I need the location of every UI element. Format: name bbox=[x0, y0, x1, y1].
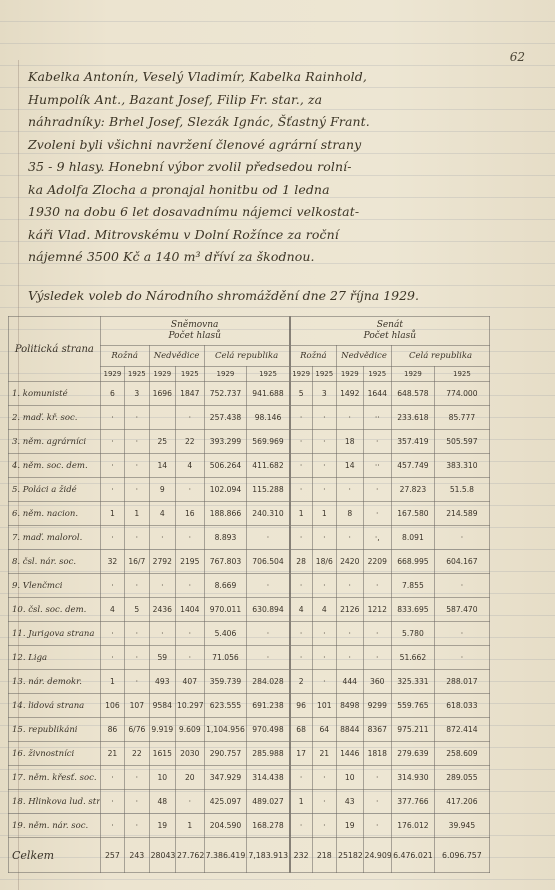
senat-value: 1 bbox=[312, 502, 336, 526]
snemovna-value: 314.438 bbox=[247, 766, 290, 790]
senat-value: · bbox=[290, 454, 312, 478]
senat-value: · bbox=[290, 406, 312, 430]
snemovna-value: 16/7 bbox=[125, 550, 149, 574]
senat-value: 872.414 bbox=[434, 718, 489, 742]
party-name: 6. něm. nacion. bbox=[9, 502, 101, 526]
senat-value: · bbox=[363, 766, 392, 790]
snemovna-value: 2030 bbox=[176, 742, 205, 766]
snemovna-value: 407 bbox=[176, 670, 205, 694]
senat-value: 51.662 bbox=[392, 646, 435, 670]
table-row: 3. něm. agrárníci··2522393.299569.969··1… bbox=[9, 430, 490, 454]
prose-line: 35 - 9 hlasy. Honební výbor zvolil předs… bbox=[28, 156, 478, 179]
senat-value: · bbox=[312, 478, 336, 502]
senat-value: · bbox=[290, 766, 312, 790]
snemovna-value: · bbox=[247, 574, 290, 598]
senat-value: · bbox=[434, 646, 489, 670]
snemovna-value: · bbox=[125, 574, 149, 598]
snemovna-value: 27.762 bbox=[176, 838, 205, 873]
table-row: 5. Poláci a židé··9·102.094115.288····27… bbox=[9, 478, 490, 502]
snemovna-value: 2436 bbox=[149, 598, 175, 622]
senat-value: · bbox=[337, 574, 363, 598]
group-header-senat: Senát Počet hlasů bbox=[290, 317, 490, 346]
snemovna-value: 1,104.956 bbox=[204, 718, 247, 742]
senat-value: · bbox=[363, 430, 392, 454]
senat-value: 14 bbox=[337, 454, 363, 478]
table-row: 18. Hlinkova lud. str.··48·425.097489.02… bbox=[9, 790, 490, 814]
party-name: 18. Hlinkova lud. str. bbox=[9, 790, 101, 814]
snemovna-value: 5 bbox=[125, 598, 149, 622]
senat-value: 6.476.021 bbox=[392, 838, 435, 873]
year-cell: 1929 bbox=[149, 367, 175, 382]
snemovna-value: 2792 bbox=[149, 550, 175, 574]
senat-value: 19 bbox=[337, 814, 363, 838]
snemovna-value: · bbox=[176, 622, 205, 646]
senat-value: · bbox=[312, 790, 336, 814]
prose-line: 1930 na dobu 6 let dosavadnímu nájemci v… bbox=[28, 201, 478, 224]
senat-value: 325.331 bbox=[392, 670, 435, 694]
snemovna-value: · bbox=[247, 646, 290, 670]
senat-value: 2209 bbox=[363, 550, 392, 574]
snemovna-value: 347.929 bbox=[204, 766, 247, 790]
senat-value: 505.597 bbox=[434, 430, 489, 454]
snemovna-value: 188.866 bbox=[204, 502, 247, 526]
party-name: 5. Poláci a židé bbox=[9, 478, 101, 502]
prose-line: Zvoleni byli všichni navržení členové ag… bbox=[28, 134, 478, 157]
table-row: 6. něm. nacion.11416188.866240.310118·16… bbox=[9, 502, 490, 526]
snemovna-value: 1615 bbox=[149, 742, 175, 766]
table-row: 8. čsl. nár. soc.3216/727922195767.80370… bbox=[9, 550, 490, 574]
party-name: 10. čsl. soc. dem. bbox=[9, 598, 101, 622]
snemovna-value: 22 bbox=[176, 430, 205, 454]
senat-value: 774.000 bbox=[434, 382, 489, 406]
senat-value: 96 bbox=[290, 694, 312, 718]
senat-value: 360 bbox=[363, 670, 392, 694]
snemovna-value: 204.590 bbox=[204, 814, 247, 838]
senat-value: 64 bbox=[312, 718, 336, 742]
senat-value: ·· bbox=[363, 454, 392, 478]
senat-value: · bbox=[363, 502, 392, 526]
snemovna-value: 106 bbox=[100, 694, 124, 718]
senat-value: · bbox=[337, 646, 363, 670]
snemovna-value: · bbox=[247, 526, 290, 550]
snemovna-value: 8.893 bbox=[204, 526, 247, 550]
election-results-table: Politická strana Sněmovna Počet hlasů Se… bbox=[8, 316, 490, 873]
party-name: 14. lidová strana bbox=[9, 694, 101, 718]
table-row: 7. maď. malorol.····8.893·····,8.091· bbox=[9, 526, 490, 550]
snemovna-value: 1404 bbox=[176, 598, 205, 622]
snemovna-value: 1696 bbox=[149, 382, 175, 406]
senat-value: · bbox=[290, 478, 312, 502]
senat-value: · bbox=[363, 646, 392, 670]
senat-value: · bbox=[434, 574, 489, 598]
prose-line: náhradníky: Brhel Josef, Slezák Ignác, Š… bbox=[28, 111, 478, 134]
party-name: 11. Jurigova strana bbox=[9, 622, 101, 646]
table-row: 1. komunisté6316961847752.737941.6885314… bbox=[9, 382, 490, 406]
party-name: 4. něm. soc. dem. bbox=[9, 454, 101, 478]
senat-value: 51.5.8 bbox=[434, 478, 489, 502]
senat-value: 8 bbox=[337, 502, 363, 526]
snemovna-value: · bbox=[125, 406, 149, 430]
senat-value: 10 bbox=[337, 766, 363, 790]
snemovna-value: 285.988 bbox=[247, 742, 290, 766]
senat-value: 233.618 bbox=[392, 406, 435, 430]
snemovna-value: · bbox=[100, 478, 124, 502]
table-body: 1. komunisté6316961847752.737941.6885314… bbox=[9, 382, 490, 873]
senat-value: 28 bbox=[290, 550, 312, 574]
senat-value: 8.091 bbox=[392, 526, 435, 550]
snemovna-value: 4 bbox=[149, 502, 175, 526]
snemovna-value: · bbox=[176, 478, 205, 502]
year-cell: 1925 bbox=[434, 367, 489, 382]
snemovna-value: 98.146 bbox=[247, 406, 290, 430]
senat-value: 444 bbox=[337, 670, 363, 694]
senat-value: 357.419 bbox=[392, 430, 435, 454]
senat-value: 604.167 bbox=[434, 550, 489, 574]
total-row: Celkem2572432804327.7627.386.4197,183.91… bbox=[9, 838, 490, 873]
senat-value: 314.930 bbox=[392, 766, 435, 790]
snemovna-value: 623.555 bbox=[204, 694, 247, 718]
senat-value: 289.055 bbox=[434, 766, 489, 790]
snemovna-value: · bbox=[100, 814, 124, 838]
senat-value: 1818 bbox=[363, 742, 392, 766]
senat-value: · bbox=[312, 814, 336, 838]
snemovna-value: 115.288 bbox=[247, 478, 290, 502]
snemovna-value: · bbox=[125, 814, 149, 838]
senat-value: 559.765 bbox=[392, 694, 435, 718]
snemovna-value: 48 bbox=[149, 790, 175, 814]
senat-value: 288.017 bbox=[434, 670, 489, 694]
snemovna-value: 16 bbox=[176, 502, 205, 526]
snemovna-value: 243 bbox=[125, 838, 149, 873]
year-cell: 1925 bbox=[176, 367, 205, 382]
snemovna-value: · bbox=[100, 790, 124, 814]
senat-value: · bbox=[337, 406, 363, 430]
snemovna-value: · bbox=[247, 622, 290, 646]
table-row: 9. Vlenčmci····8.669·····7.855· bbox=[9, 574, 490, 598]
table-row: 12. Liga··59·71.056·····51.662· bbox=[9, 646, 490, 670]
senat-value: · bbox=[337, 478, 363, 502]
snemovna-value: · bbox=[125, 670, 149, 694]
prose-line: ka Adolfa Zlocha a pronajal honitbu od 1… bbox=[28, 179, 478, 202]
snemovna-value: · bbox=[125, 766, 149, 790]
senat-value: · bbox=[363, 814, 392, 838]
snemovna-value: 970.498 bbox=[247, 718, 290, 742]
senat-value: 457.749 bbox=[392, 454, 435, 478]
snemovna-value: · bbox=[100, 766, 124, 790]
table-row: 17. něm. křesť. soc.··1020347.929314.438… bbox=[9, 766, 490, 790]
snemovna-value: 21 bbox=[100, 742, 124, 766]
table-row: 11. Jurigova strana····5.406·····5.780· bbox=[9, 622, 490, 646]
party-name: 9. Vlenčmci bbox=[9, 574, 101, 598]
senat-value: · bbox=[363, 478, 392, 502]
snemovna-value: 25 bbox=[149, 430, 175, 454]
senat-value: 5 bbox=[290, 382, 312, 406]
snemovna-value: 257 bbox=[100, 838, 124, 873]
senat-value: 7.855 bbox=[392, 574, 435, 598]
snemovna-value: · bbox=[100, 646, 124, 670]
prose-line: káři Vlad. Mitrovskému v Dolní Rožínce z… bbox=[28, 224, 478, 247]
table-row: 10. čsl. soc. dem.4524361404970.011630.8… bbox=[9, 598, 490, 622]
group-name: Sněmovna bbox=[102, 320, 288, 331]
snemovna-value: 32 bbox=[100, 550, 124, 574]
senat-value: · bbox=[290, 574, 312, 598]
senat-value: 1 bbox=[290, 502, 312, 526]
senat-value: · bbox=[363, 622, 392, 646]
group-name: Senát bbox=[292, 320, 488, 331]
senat-value: · bbox=[290, 622, 312, 646]
snemovna-value: · bbox=[125, 478, 149, 502]
senat-value: 101 bbox=[312, 694, 336, 718]
snemovna-value: 691.238 bbox=[247, 694, 290, 718]
snemovna-value: 102.094 bbox=[204, 478, 247, 502]
senat-value: 9299 bbox=[363, 694, 392, 718]
snemovna-value: · bbox=[125, 526, 149, 550]
senat-value: 279.639 bbox=[392, 742, 435, 766]
snemovna-value: 284.028 bbox=[247, 670, 290, 694]
senat-value: · bbox=[363, 574, 392, 598]
year-cell: 1929 bbox=[392, 367, 435, 382]
snemovna-value: 767.803 bbox=[204, 550, 247, 574]
senat-value: · bbox=[290, 646, 312, 670]
snemovna-value: 240.310 bbox=[247, 502, 290, 526]
snemovna-value: 19 bbox=[149, 814, 175, 838]
snemovna-value: 7.386.419 bbox=[204, 838, 247, 873]
senat-value: 214.589 bbox=[434, 502, 489, 526]
senat-value: · bbox=[434, 622, 489, 646]
senat-value: · bbox=[312, 526, 336, 550]
snemovna-value: 493 bbox=[149, 670, 175, 694]
year-cell: 1929 bbox=[290, 367, 312, 382]
senat-value: 5.780 bbox=[392, 622, 435, 646]
snemovna-value: 970.011 bbox=[204, 598, 247, 622]
senat-value: · bbox=[312, 646, 336, 670]
party-name: 16. živnostníci bbox=[9, 742, 101, 766]
senat-value: 39.945 bbox=[434, 814, 489, 838]
snemovna-value: 257.438 bbox=[204, 406, 247, 430]
prose-block: Kabelka Antonín, Veselý Vladimír, Kabelk… bbox=[28, 66, 478, 269]
table-heading: Výsledek voleb do Národního shromáždění … bbox=[28, 288, 419, 303]
year-cell: 1925 bbox=[363, 367, 392, 382]
snemovna-value: · bbox=[149, 622, 175, 646]
snemovna-value: 1847 bbox=[176, 382, 205, 406]
senat-value: 85.777 bbox=[434, 406, 489, 430]
table-row: 16. živnostníci212216152030290.757285.98… bbox=[9, 742, 490, 766]
senat-value: ·, bbox=[363, 526, 392, 550]
snemovna-value: 290.757 bbox=[204, 742, 247, 766]
snemovna-value: 9.919 bbox=[149, 718, 175, 742]
party-name: 2. maď. kř. soc. bbox=[9, 406, 101, 430]
snemovna-value: 10 bbox=[149, 766, 175, 790]
snemovna-value: 28043 bbox=[149, 838, 175, 873]
senat-value: 1212 bbox=[363, 598, 392, 622]
party-name: 13. nár. demokr. bbox=[9, 670, 101, 694]
snemovna-value: 9 bbox=[149, 478, 175, 502]
group-subtitle: Počet hlasů bbox=[102, 331, 288, 342]
snemovna-value: 4 bbox=[100, 598, 124, 622]
senat-value: 1 bbox=[290, 790, 312, 814]
party-column-header: Politická strana bbox=[9, 317, 101, 382]
snemovna-value: 752.737 bbox=[204, 382, 247, 406]
snemovna-value: 107 bbox=[125, 694, 149, 718]
senat-value: 383.310 bbox=[434, 454, 489, 478]
senat-value: · bbox=[312, 454, 336, 478]
subcol-rozna: Rožná bbox=[290, 346, 337, 367]
table-row: 15. republikáni866/769.9199.6091,104.956… bbox=[9, 718, 490, 742]
group-header-snemovna: Sněmovna Počet hlasů bbox=[100, 317, 289, 346]
snemovna-value: 941.688 bbox=[247, 382, 290, 406]
senat-value: 2420 bbox=[337, 550, 363, 574]
snemovna-value: 3 bbox=[125, 382, 149, 406]
senat-value: · bbox=[312, 622, 336, 646]
snemovna-value: · bbox=[149, 526, 175, 550]
senat-value: · bbox=[434, 526, 489, 550]
senat-value: 1644 bbox=[363, 382, 392, 406]
snemovna-value: 506.264 bbox=[204, 454, 247, 478]
senat-value: 2126 bbox=[337, 598, 363, 622]
snemovna-value: · bbox=[176, 646, 205, 670]
snemovna-value: 706.504 bbox=[247, 550, 290, 574]
subcol-rozna: Rožná bbox=[100, 346, 149, 367]
table-row: 2. maď. kř. soc.···257.43898.146·····233… bbox=[9, 406, 490, 430]
senat-value: 8367 bbox=[363, 718, 392, 742]
prose-line: nájemné 3500 Kč a 140 m³ dříví za škodno… bbox=[28, 246, 478, 269]
subcol-nedvedice: Nedvědice bbox=[149, 346, 204, 367]
snemovna-value: 630.894 bbox=[247, 598, 290, 622]
snemovna-value: 6 bbox=[100, 382, 124, 406]
senat-value: 232 bbox=[290, 838, 312, 873]
senat-value: 18/6 bbox=[312, 550, 336, 574]
snemovna-value: · bbox=[176, 526, 205, 550]
year-cell: 1929 bbox=[100, 367, 124, 382]
senat-value: · bbox=[312, 430, 336, 454]
senat-value: · bbox=[337, 526, 363, 550]
party-name: 12. Liga bbox=[9, 646, 101, 670]
snemovna-value: 4 bbox=[176, 454, 205, 478]
senat-value: 167.580 bbox=[392, 502, 435, 526]
snemovna-value: 1 bbox=[100, 502, 124, 526]
snemovna-value: · bbox=[125, 790, 149, 814]
prose-line: Kabelka Antonín, Veselý Vladimír, Kabelk… bbox=[28, 66, 478, 89]
snemovna-value: 59 bbox=[149, 646, 175, 670]
year-cell: 1929 bbox=[337, 367, 363, 382]
senat-value: 8498 bbox=[337, 694, 363, 718]
party-name: Celkem bbox=[9, 838, 101, 873]
senat-value: · bbox=[290, 526, 312, 550]
senat-value: 176.012 bbox=[392, 814, 435, 838]
group-subtitle: Počet hlasů bbox=[292, 331, 488, 342]
snemovna-value: 86 bbox=[100, 718, 124, 742]
snemovna-value: 569.969 bbox=[247, 430, 290, 454]
senat-value: 21 bbox=[312, 742, 336, 766]
snemovna-value: · bbox=[125, 454, 149, 478]
senat-value: 18 bbox=[337, 430, 363, 454]
snemovna-value: · bbox=[100, 574, 124, 598]
snemovna-value bbox=[149, 406, 175, 430]
snemovna-value: 411.682 bbox=[247, 454, 290, 478]
snemovna-value: 2195 bbox=[176, 550, 205, 574]
senat-value: 1492 bbox=[337, 382, 363, 406]
senat-value: 43 bbox=[337, 790, 363, 814]
senat-value: · bbox=[363, 790, 392, 814]
senat-value: 377.766 bbox=[392, 790, 435, 814]
snemovna-value: 1 bbox=[100, 670, 124, 694]
snemovna-value: 10.297 bbox=[176, 694, 205, 718]
snemovna-value: 71.056 bbox=[204, 646, 247, 670]
snemovna-value: · bbox=[100, 406, 124, 430]
snemovna-value: 1 bbox=[125, 502, 149, 526]
snemovna-value: 14 bbox=[149, 454, 175, 478]
prose-line: Humpolík Ant., Bazant Josef, Filip Fr. s… bbox=[28, 89, 478, 112]
senat-value: 417.206 bbox=[434, 790, 489, 814]
senat-value: · bbox=[312, 574, 336, 598]
snemovna-value: 7,183.913 bbox=[247, 838, 290, 873]
senat-value: 258.609 bbox=[434, 742, 489, 766]
table-row: 14. lidová strana106107958410.297623.555… bbox=[9, 694, 490, 718]
senat-value: 833.695 bbox=[392, 598, 435, 622]
senat-value: · bbox=[312, 406, 336, 430]
snemovna-value: 8.669 bbox=[204, 574, 247, 598]
snemovna-value: 22 bbox=[125, 742, 149, 766]
senat-value: 6.096.757 bbox=[434, 838, 489, 873]
snemovna-value: 359.739 bbox=[204, 670, 247, 694]
year-cell: 1925 bbox=[125, 367, 149, 382]
subcol-nedvedice: Nedvědice bbox=[337, 346, 392, 367]
snemovna-value: 1 bbox=[176, 814, 205, 838]
senat-value: 2 bbox=[290, 670, 312, 694]
year-cell: 1925 bbox=[312, 367, 336, 382]
snemovna-value: · bbox=[149, 574, 175, 598]
senat-value: 24.909 bbox=[363, 838, 392, 873]
year-cell: 1929 bbox=[204, 367, 247, 382]
snemovna-value: · bbox=[176, 574, 205, 598]
senat-value: 618.033 bbox=[434, 694, 489, 718]
snemovna-value: · bbox=[100, 622, 124, 646]
snemovna-value: 9584 bbox=[149, 694, 175, 718]
subcol-republika: Celá republika bbox=[204, 346, 290, 367]
year-cell: 1925 bbox=[247, 367, 290, 382]
senat-value: 218 bbox=[312, 838, 336, 873]
snemovna-value: 393.299 bbox=[204, 430, 247, 454]
senat-value: · bbox=[312, 766, 336, 790]
snemovna-value: 6/76 bbox=[125, 718, 149, 742]
snemovna-value: · bbox=[100, 454, 124, 478]
senat-value: 587.470 bbox=[434, 598, 489, 622]
party-name: 17. něm. křesť. soc. bbox=[9, 766, 101, 790]
table-row: 19. něm. nár. soc.··191204.590168.278··1… bbox=[9, 814, 490, 838]
table-row: 4. něm. soc. dem.··144506.264411.682··14… bbox=[9, 454, 490, 478]
senat-value: 8844 bbox=[337, 718, 363, 742]
senat-value: ·· bbox=[363, 406, 392, 430]
subcol-republika: Celá republika bbox=[392, 346, 490, 367]
snemovna-value: · bbox=[176, 790, 205, 814]
party-name: 15. republikáni bbox=[9, 718, 101, 742]
snemovna-value: 168.278 bbox=[247, 814, 290, 838]
snemovna-value: · bbox=[176, 406, 205, 430]
snemovna-value: · bbox=[100, 526, 124, 550]
senat-value: 975.211 bbox=[392, 718, 435, 742]
snemovna-value: 425.097 bbox=[204, 790, 247, 814]
party-name: 1. komunisté bbox=[9, 382, 101, 406]
snemovna-value: 20 bbox=[176, 766, 205, 790]
senat-value: 4 bbox=[290, 598, 312, 622]
party-name: 7. maď. malorol. bbox=[9, 526, 101, 550]
snemovna-value: 489.027 bbox=[247, 790, 290, 814]
party-name: 8. čsl. nár. soc. bbox=[9, 550, 101, 574]
senat-value: 1446 bbox=[337, 742, 363, 766]
senat-value: 25182 bbox=[337, 838, 363, 873]
snemovna-value: · bbox=[125, 622, 149, 646]
senat-value: 68 bbox=[290, 718, 312, 742]
